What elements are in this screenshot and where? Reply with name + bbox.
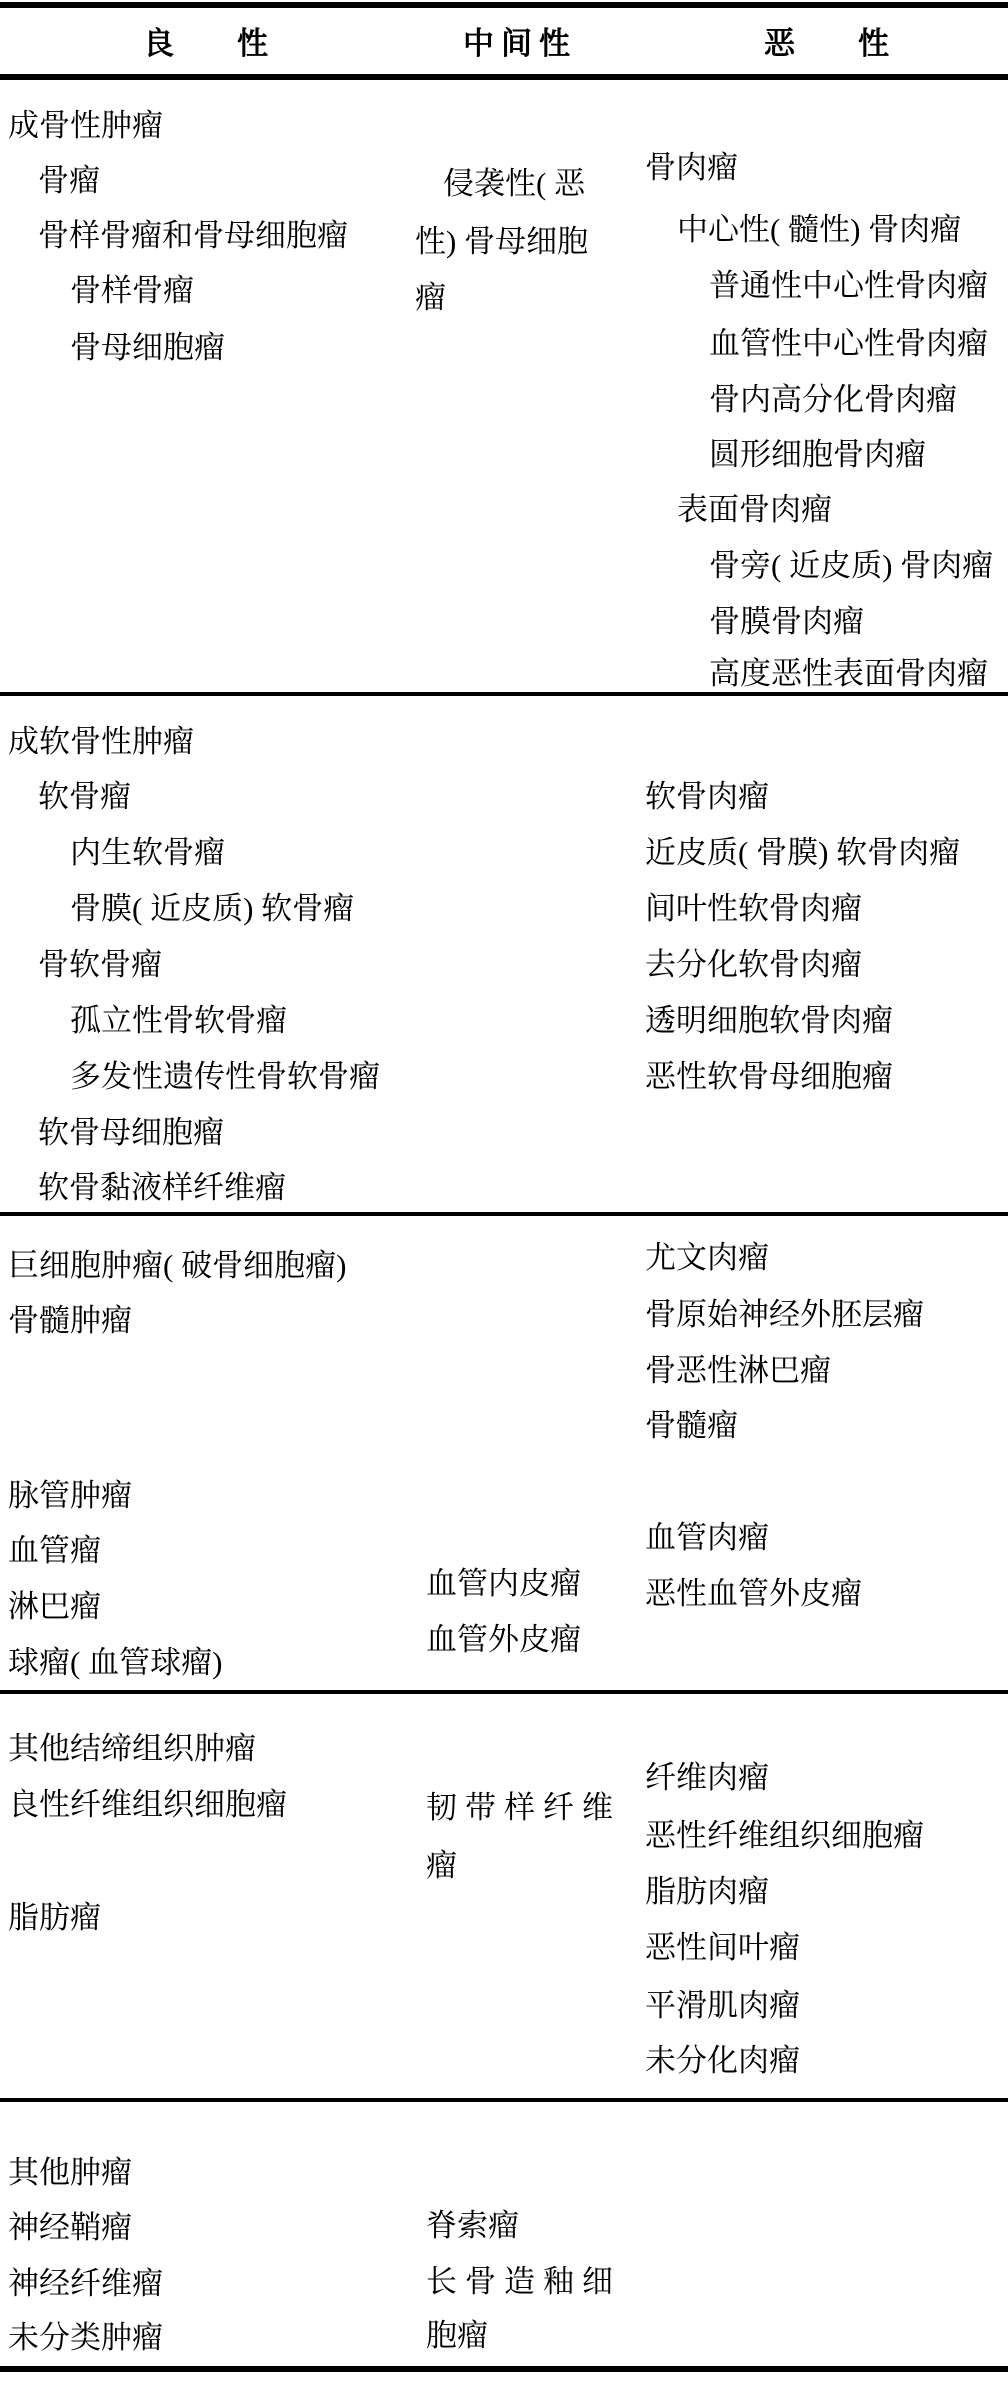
tumor-entry: 骨肉瘤 xyxy=(645,150,738,186)
tumor-entry: 神经鞘瘤 xyxy=(8,2210,132,2246)
tumor-entry: 瘤 xyxy=(415,280,446,316)
tumor-entry: 软骨肉瘤 xyxy=(645,779,769,815)
tumor-entry: 近皮质( 骨膜) 软骨肉瘤 xyxy=(645,835,960,871)
tumor-entry: 血管肉瘤 xyxy=(645,1520,769,1556)
tumor-entry: 恶性间叶瘤 xyxy=(645,1930,800,1966)
tumor-entry: 表面骨肉瘤 xyxy=(677,492,832,528)
tumor-entry: 软骨黏液样纤维瘤 xyxy=(38,1170,286,1206)
section-divider-4 xyxy=(0,2098,1008,2102)
tumor-entry: 恶性纤维组织细胞瘤 xyxy=(645,1818,924,1854)
bone-tumor-classification-table: 良 性 中间性 恶 性 成骨性肿瘤 骨瘤 骨样骨瘤和骨母细胞瘤 骨样骨瘤 骨母细… xyxy=(0,0,1008,2385)
tumor-entry: 脂肪肉瘤 xyxy=(645,1874,769,1910)
tumor-entry: 骨母细胞瘤 xyxy=(70,330,225,366)
tumor-entry: 良性纤维组织细胞瘤 xyxy=(8,1787,287,1823)
tumor-entry: 韧带样纤维 xyxy=(426,1790,621,1826)
tumor-entry: 骨样骨瘤和骨母细胞瘤 xyxy=(38,218,348,254)
tumor-entry: 圆形细胞骨肉瘤 xyxy=(709,437,926,473)
tumor-category: 成骨性肿瘤 xyxy=(8,108,163,144)
tumor-entry: 骨旁( 近皮质) 骨肉瘤 xyxy=(709,548,993,584)
section-divider-2 xyxy=(0,1212,1008,1216)
tumor-entry: 巨细胞肿瘤( 破骨细胞瘤) xyxy=(8,1248,346,1284)
header-bottom-rule xyxy=(0,74,1008,80)
tumor-entry: 血管内皮瘤 xyxy=(426,1566,581,1602)
tumor-entry: 胞瘤 xyxy=(426,2318,488,2354)
column-header-benign: 良 性 xyxy=(143,26,284,62)
tumor-entry: 普通性中心性骨肉瘤 xyxy=(709,268,988,304)
tumor-entry: 尤文肉瘤 xyxy=(645,1240,769,1276)
tumor-entry: 脂肪瘤 xyxy=(8,1900,101,1936)
tumor-entry: 瘤 xyxy=(426,1848,457,1884)
tumor-entry: 球瘤( 血管球瘤) xyxy=(8,1645,222,1681)
column-header-intermediate: 中间性 xyxy=(463,26,577,62)
tumor-entry: 恶性软骨母细胞瘤 xyxy=(645,1059,893,1095)
tumor-category: 其他结缔组织肿瘤 xyxy=(8,1731,256,1767)
section-divider-1 xyxy=(0,692,1008,696)
tumor-entry: 中心性( 髓性) 骨肉瘤 xyxy=(677,212,961,248)
tumor-entry: 血管外皮瘤 xyxy=(426,1622,581,1658)
tumor-entry: 骨样骨瘤 xyxy=(70,273,194,309)
tumor-entry: 骨髓瘤 xyxy=(645,1408,738,1444)
tumor-entry: 血管瘤 xyxy=(8,1533,101,1569)
tumor-entry: 恶性血管外皮瘤 xyxy=(645,1576,862,1612)
tumor-entry: 间叶性软骨肉瘤 xyxy=(645,891,862,927)
tumor-category: 其他肿瘤 xyxy=(8,2155,132,2191)
tumor-entry: 侵袭性( 恶 xyxy=(443,166,585,202)
tumor-entry: 脊索瘤 xyxy=(426,2208,519,2244)
tumor-entry: 骨膜骨肉瘤 xyxy=(709,604,864,640)
tumor-entry: 长骨造釉细 xyxy=(426,2264,621,2300)
tumor-entry: 骨瘤 xyxy=(38,163,100,199)
section-divider-3 xyxy=(0,1690,1008,1694)
table-top-rule xyxy=(0,2,1008,8)
tumor-entry: 性) 骨母细胞 xyxy=(415,224,588,260)
tumor-entry: 血管性中心性骨肉瘤 xyxy=(709,326,988,362)
table-bottom-rule xyxy=(0,2366,1008,2372)
tumor-entry: 软骨母细胞瘤 xyxy=(38,1115,224,1151)
tumor-entry: 内生软骨瘤 xyxy=(70,835,225,871)
tumor-category: 成软骨性肿瘤 xyxy=(8,724,194,760)
tumor-category: 骨髓肿瘤 xyxy=(8,1303,132,1339)
tumor-entry: 未分化肉瘤 xyxy=(645,2043,800,2079)
tumor-entry: 高度恶性表面骨肉瘤 xyxy=(709,656,988,692)
tumor-entry: 软骨瘤 xyxy=(38,779,131,815)
tumor-entry: 骨原始神经外胚层瘤 xyxy=(645,1297,924,1333)
tumor-entry: 骨内高分化骨肉瘤 xyxy=(709,382,957,418)
tumor-category: 脉管肿瘤 xyxy=(8,1478,132,1514)
tumor-entry: 骨膜( 近皮质) 软骨瘤 xyxy=(70,891,354,927)
tumor-entry: 透明细胞软骨肉瘤 xyxy=(645,1003,893,1039)
tumor-entry: 淋巴瘤 xyxy=(8,1589,101,1625)
tumor-entry: 神经纤维瘤 xyxy=(8,2266,163,2302)
tumor-entry: 骨软骨瘤 xyxy=(38,947,162,983)
tumor-entry: 平滑肌肉瘤 xyxy=(645,1988,800,2024)
tumor-entry: 未分类肿瘤 xyxy=(8,2320,163,2356)
tumor-entry: 多发性遗传性骨软骨瘤 xyxy=(70,1059,380,1095)
tumor-entry: 去分化软骨肉瘤 xyxy=(645,947,862,983)
tumor-entry: 孤立性骨软骨瘤 xyxy=(70,1003,287,1039)
tumor-entry: 骨恶性淋巴瘤 xyxy=(645,1353,831,1389)
column-header-malignant: 恶 性 xyxy=(764,26,905,62)
tumor-entry: 纤维肉瘤 xyxy=(645,1760,769,1796)
